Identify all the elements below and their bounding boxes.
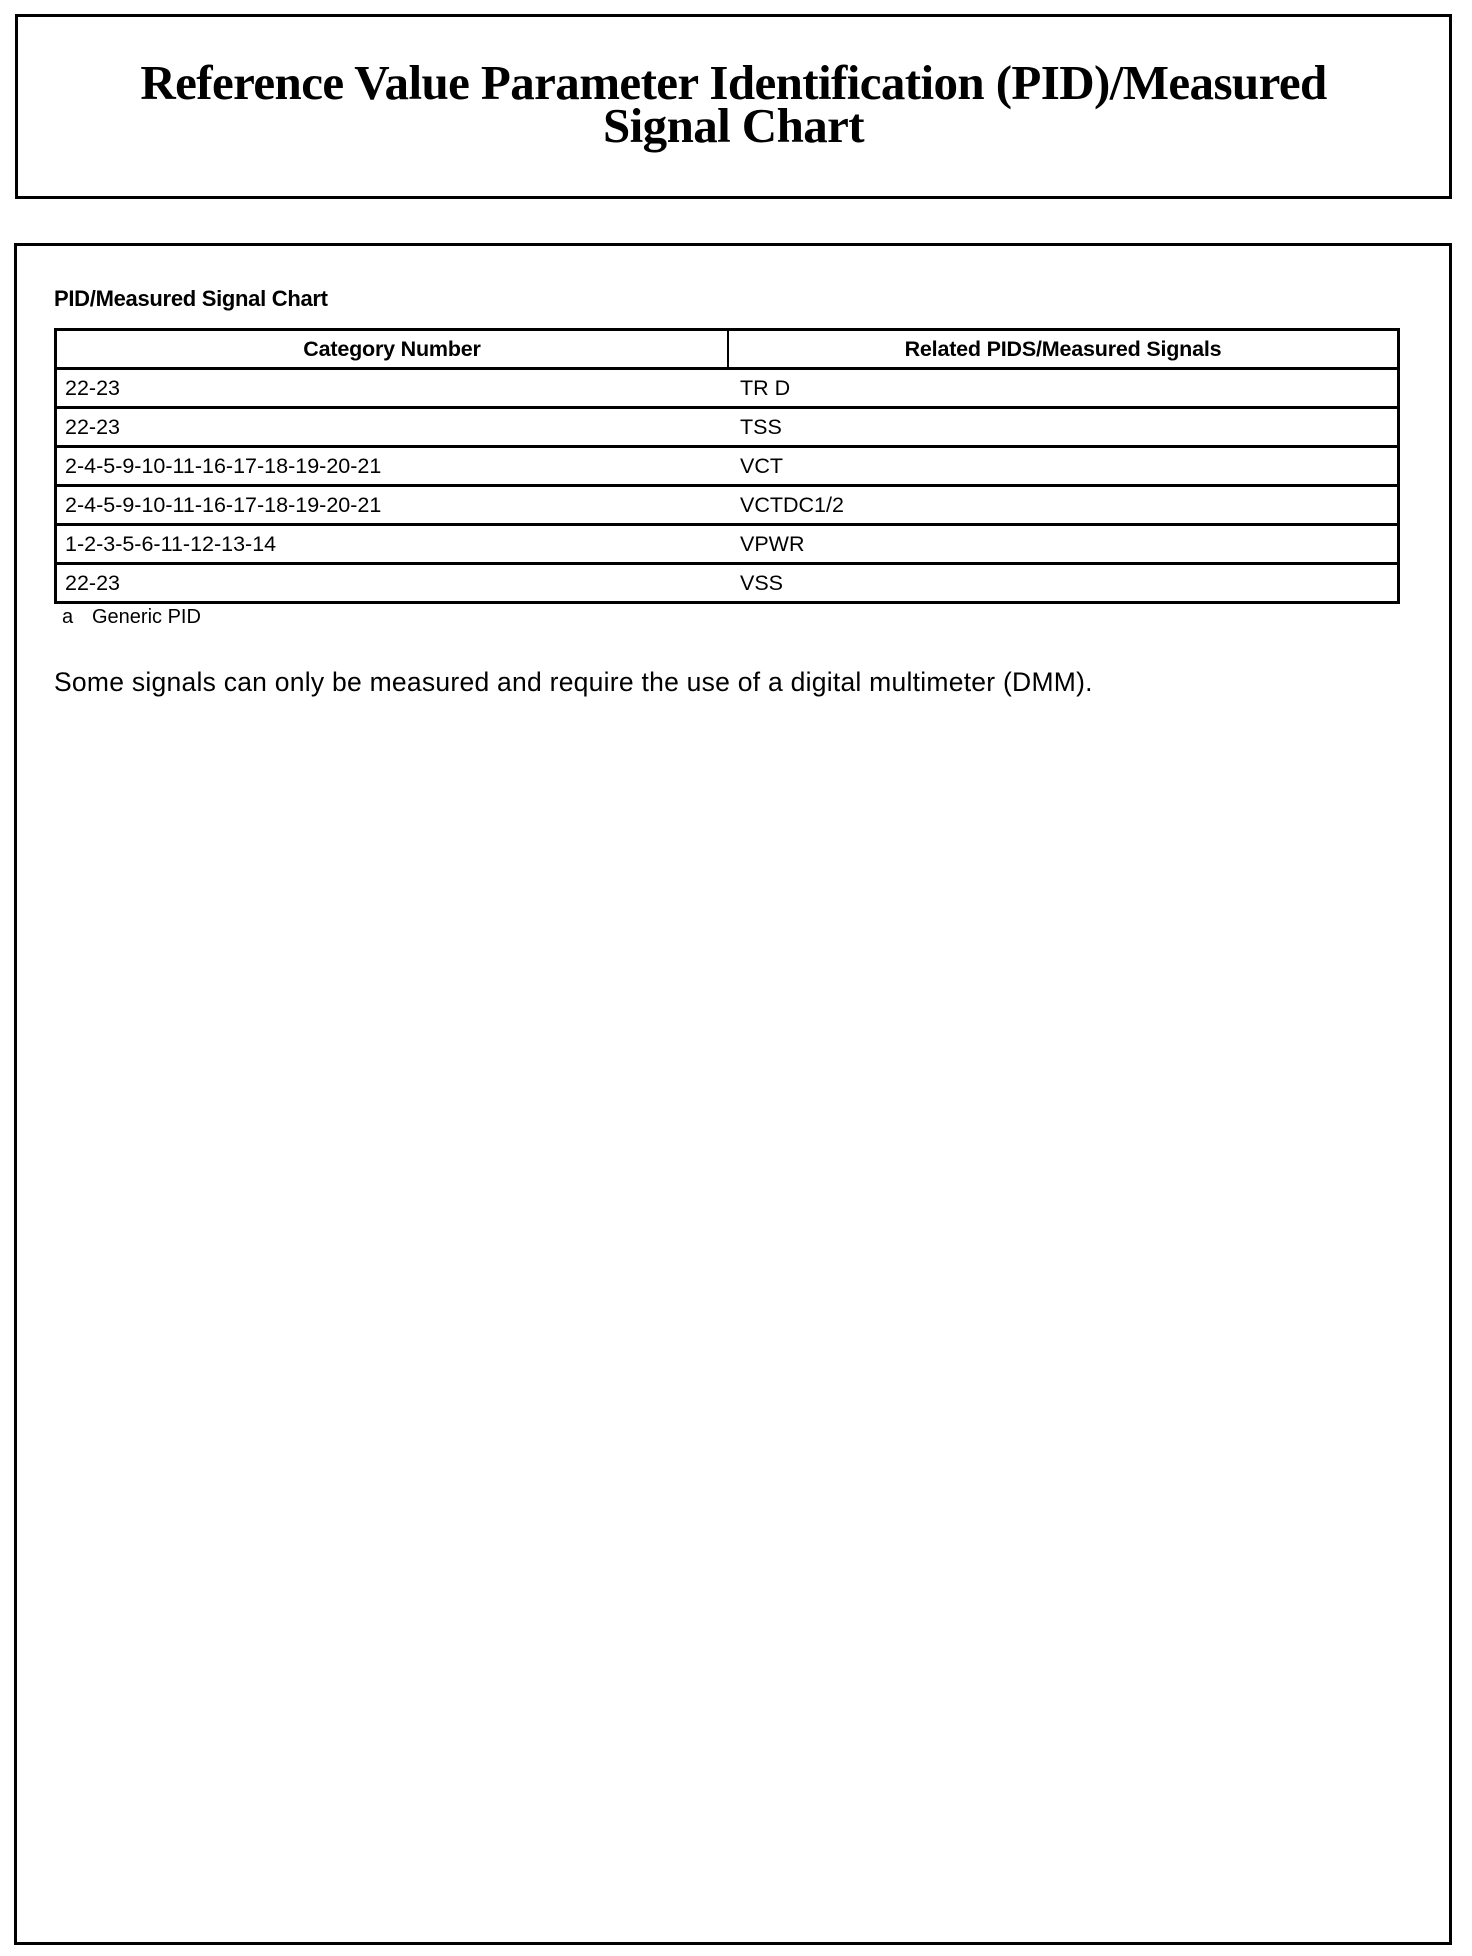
cell-category-number: 22-23 [56,369,729,408]
page-title-line-2: Signal Chart [603,98,864,153]
table-row: 2-4-5-9-10-11-16-17-18-19-20-21 VCT [56,447,1399,486]
column-header-related-signals: Related PIDS/Measured Signals [728,330,1399,369]
cell-related-signal: VCTDC1/2 [728,486,1399,525]
cell-category-number: 1-2-3-5-6-11-12-13-14 [56,525,729,564]
cell-category-number: 22-23 [56,408,729,447]
table-header-row: Category Number Related PIDS/Measured Si… [56,330,1399,369]
cell-related-signal: TSS [728,408,1399,447]
footnote-text: Generic PID [92,606,201,628]
column-header-category-number: Category Number [56,330,729,369]
table-row: 1-2-3-5-6-11-12-13-14 VPWR [56,525,1399,564]
dmm-note: Some signals can only be measured and re… [54,667,1093,697]
table-footnote: aGeneric PID [62,605,201,629]
cell-category-number: 2-4-5-9-10-11-16-17-18-19-20-21 [56,486,729,525]
table-row: 2-4-5-9-10-11-16-17-18-19-20-21 VCTDC1/2 [56,486,1399,525]
table-row: 22-23 TR D [56,369,1399,408]
pid-signal-table: Category Number Related PIDS/Measured Si… [54,328,1400,604]
title-box: Reference Value Parameter Identification… [15,14,1452,199]
cell-related-signal: VSS [728,564,1399,603]
cell-related-signal: VPWR [728,525,1399,564]
footnote-marker: a [62,605,92,629]
cell-related-signal: VCT [728,447,1399,486]
table-row: 22-23 TSS [56,408,1399,447]
cell-related-signal: TR D [728,369,1399,408]
cell-category-number: 22-23 [56,564,729,603]
page-title: Reference Value Parameter Identification… [18,61,1449,147]
content-box: PID/Measured Signal Chart Category Numbe… [14,243,1452,1945]
table-row: 22-23 VSS [56,564,1399,603]
table-caption: PID/Measured Signal Chart [54,286,328,312]
cell-category-number: 2-4-5-9-10-11-16-17-18-19-20-21 [56,447,729,486]
